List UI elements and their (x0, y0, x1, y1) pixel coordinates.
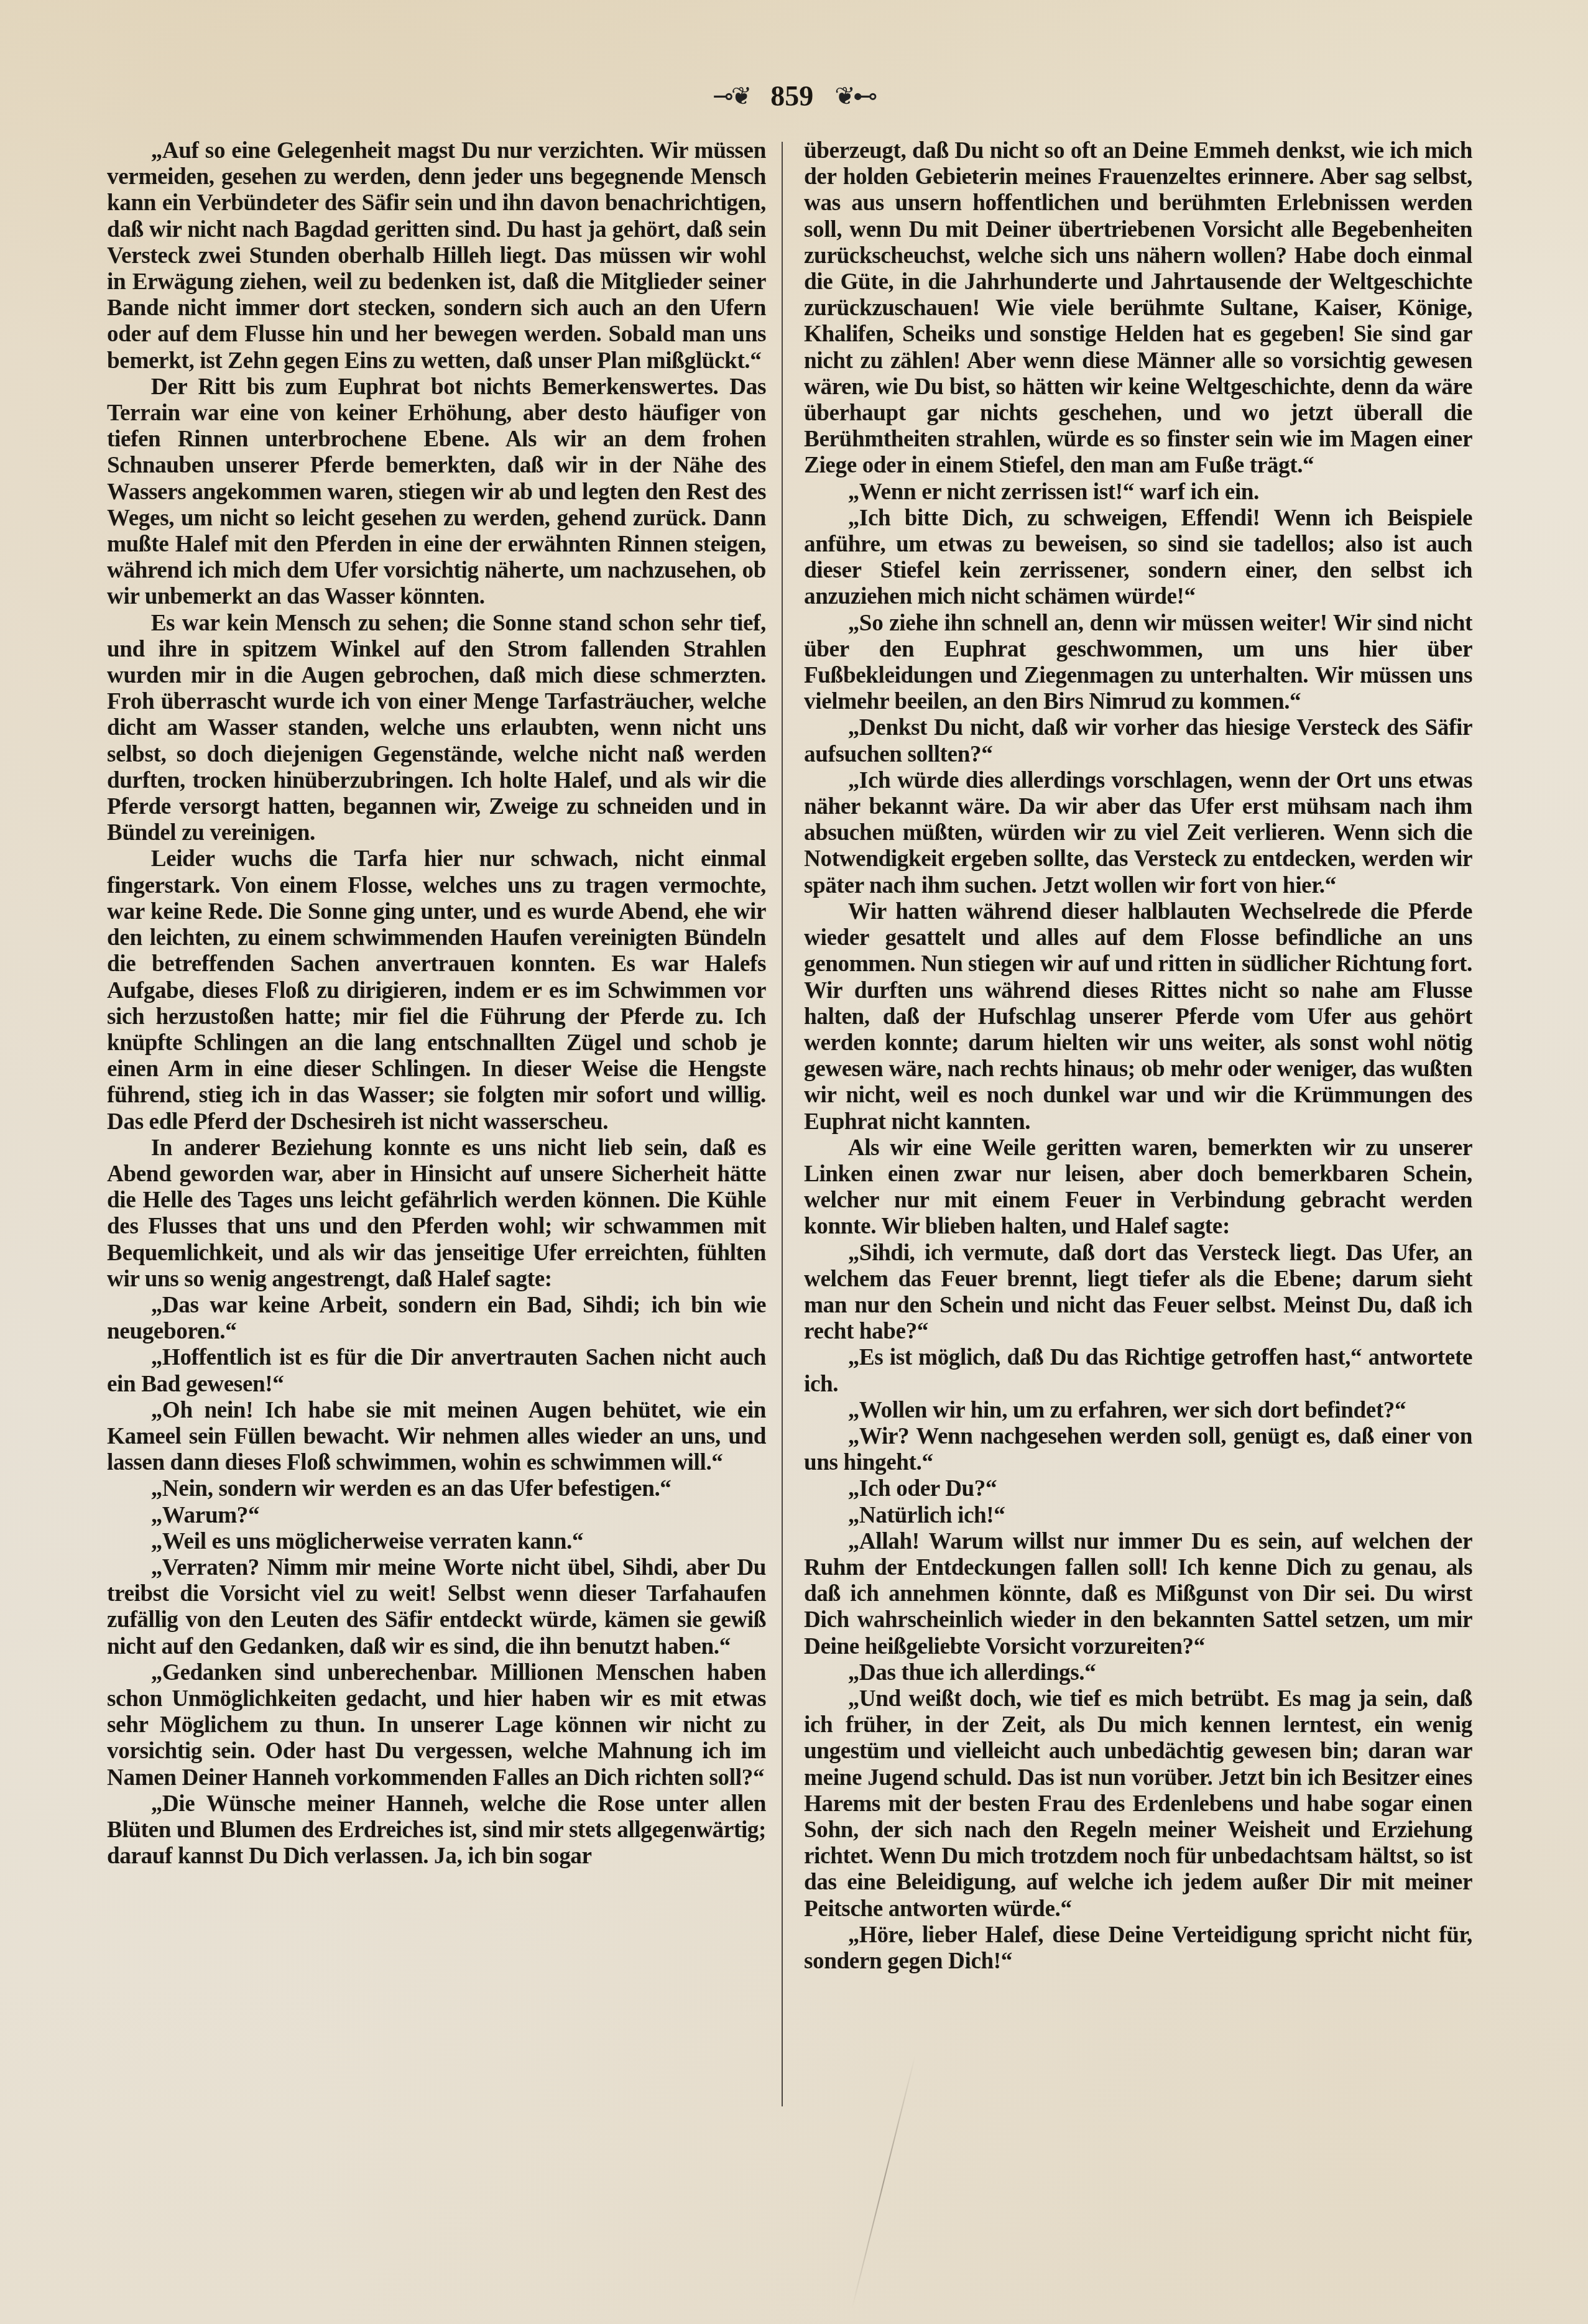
paragraph: „Denkst Du nicht, daß wir vorher das hie… (804, 715, 1472, 767)
page-number: 859 (770, 80, 813, 113)
paragraph: „Auf so eine Gelegenheit magst Du nur ve… (107, 138, 766, 374)
left-column: „Auf so eine Gelegenheit magst Du nur ve… (107, 138, 766, 2146)
paragraph: „Warum?“ (107, 1503, 766, 1529)
paragraph: „Ich würde dies allerdings vorschlagen, … (804, 768, 1472, 899)
page-header: ⊸❦ 859 ❦⊷ (0, 80, 1588, 113)
paragraph: „Oh nein! Ich habe sie mit meinen Augen … (107, 1398, 766, 1477)
ornament-right-icon: ❦⊷ (834, 82, 875, 111)
paragraph: In anderer Beziehung konnte es uns nicht… (107, 1135, 766, 1293)
paragraph: Der Ritt bis zum Euphrat bot nichts Beme… (107, 374, 766, 611)
paragraph: „Verraten? Nimm mir meine Worte nicht üb… (107, 1555, 766, 1660)
paragraph: Wir hatten während dieser halblauten Wec… (804, 899, 1472, 1135)
paragraph: „Und weißt doch, wie tief es mich betrüb… (804, 1686, 1472, 1922)
paragraph: „Weil es uns möglicherweise verraten kan… (107, 1529, 766, 1555)
paragraph: „Sihdi, ich vermute, daß dort das Verste… (804, 1240, 1472, 1345)
paragraph: „Wenn er nicht zerrissen ist!“ warf ich … (804, 479, 1472, 505)
paragraph: „Nein, sondern wir werden es an das Ufer… (107, 1476, 766, 1502)
paragraph: „Die Wünsche meiner Hanneh, welche die R… (107, 1791, 766, 1870)
right-column: überzeugt, daß Du nicht so oft an Deine … (804, 138, 1472, 2146)
paragraph: Leider wuchs die Tarfa hier nur schwach,… (107, 846, 766, 1135)
paragraph: Als wir eine Weile geritten waren, bemer… (804, 1135, 1472, 1240)
paragraph: „Natürlich ich!“ (804, 1503, 1472, 1529)
paragraph: „So ziehe ihn schnell an, denn wir müsse… (804, 611, 1472, 716)
paragraph: „Höre, lieber Halef, diese Deine Verteid… (804, 1922, 1472, 1975)
paragraph: „Ich bitte Dich, zu schweigen, Effendi! … (804, 505, 1472, 611)
paragraph: „Allah! Warum willst nur immer Du es sei… (804, 1529, 1472, 1660)
paragraph: überzeugt, daß Du nicht so oft an Deine … (804, 138, 1472, 479)
paragraph: „Ich oder Du?“ (804, 1476, 1472, 1502)
paragraph: „Das thue ich allerdings.“ (804, 1660, 1472, 1686)
text-columns: „Auf so eine Gelegenheit magst Du nur ve… (107, 138, 1472, 2146)
paragraph: „Hoffentlich ist es für die Dir anvertra… (107, 1345, 766, 1397)
paragraph: „Wir? Wenn nachgesehen werden soll, genü… (804, 1424, 1472, 1476)
paragraph: Es war kein Mensch zu sehen; die Sonne s… (107, 611, 766, 847)
paragraph: „Das war keine Arbeit, sondern ein Bad, … (107, 1293, 766, 1345)
paragraph: „Wollen wir hin, um zu erfahren, wer sic… (804, 1398, 1472, 1424)
ornament-left-icon: ⊸❦ (713, 82, 749, 111)
paragraph: „Es ist möglich, daß Du das Richtige get… (804, 1345, 1472, 1397)
paragraph: „Gedanken sind unberechenbar. Millionen … (107, 1660, 766, 1791)
